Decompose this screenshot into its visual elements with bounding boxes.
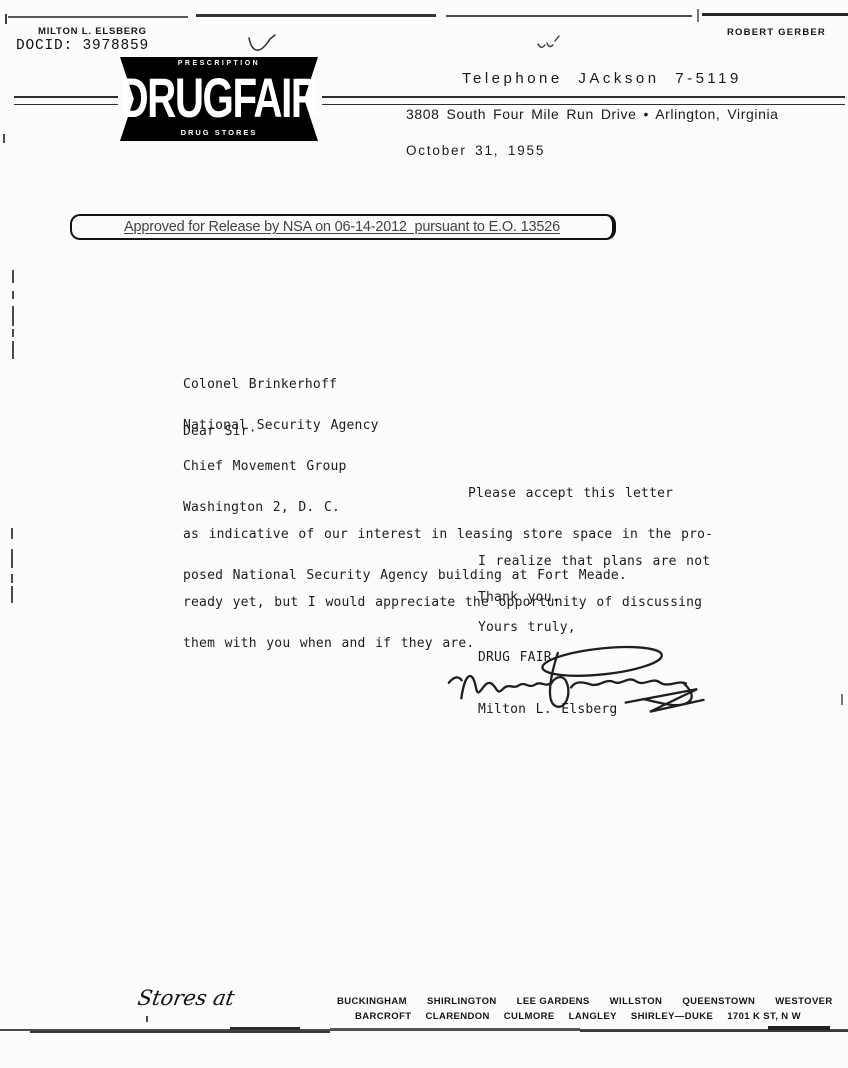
scan-edge-bottom bbox=[580, 1030, 848, 1032]
store-name: WESTOVER bbox=[775, 996, 832, 1007]
paragraph-line: I realize that plans are not bbox=[183, 555, 710, 569]
store-name: WILLSTON bbox=[610, 996, 663, 1007]
paragraph-line: Please accept this letter bbox=[183, 487, 713, 501]
store-name: 1701 K ST, N W bbox=[727, 1011, 801, 1022]
logo-bottom-text: DRUG STORES bbox=[120, 128, 318, 137]
scan-artifact bbox=[11, 549, 13, 568]
logo-word-drug: DRUG bbox=[119, 72, 232, 124]
telephone-line: Telephone JAckson 7-5119 bbox=[462, 70, 742, 87]
date-line: October 31, 1955 bbox=[406, 143, 545, 158]
store-name: LANGLEY bbox=[569, 1011, 617, 1022]
store-name: QUEENSTOWN bbox=[682, 996, 755, 1007]
header-left-name: MILTON L. ELSBERG bbox=[38, 26, 147, 37]
scan-edge-bottom bbox=[768, 1026, 830, 1030]
scan-artifact bbox=[12, 291, 14, 299]
paragraph-line: them with you when and if they are. bbox=[183, 637, 710, 651]
pen-scribble bbox=[536, 35, 564, 53]
scan-artifact bbox=[12, 270, 14, 283]
salutation: Dear Sir· bbox=[183, 425, 257, 439]
store-name: SHIRLEY—DUKE bbox=[631, 1011, 713, 1022]
scan-artifact bbox=[12, 329, 14, 337]
scan-artifact bbox=[12, 341, 14, 359]
scan-artifact bbox=[11, 586, 13, 603]
header-right-name: ROBERT GERBER bbox=[727, 27, 826, 38]
signer-name-line: Milton L. Elsberg bbox=[478, 703, 617, 717]
thanks-line: Thank you. bbox=[478, 591, 560, 605]
scan-artifact bbox=[146, 1016, 148, 1022]
scan-edge-top bbox=[702, 13, 848, 16]
company-line: DRUG FAIR bbox=[478, 651, 552, 665]
scan-artifact bbox=[5, 14, 7, 24]
store-list-row-1: BUCKINGHAM SHIRLINGTON LEE GARDENS WILLS… bbox=[337, 996, 833, 1007]
store-name: BARCROFT bbox=[355, 1011, 412, 1022]
scan-edge-bottom bbox=[230, 1027, 300, 1030]
scan-artifact bbox=[12, 306, 14, 326]
store-name: CLARENDON bbox=[426, 1011, 490, 1022]
checkmark-scribble bbox=[246, 33, 278, 59]
store-name: BUCKINGHAM bbox=[337, 996, 407, 1007]
docid-label: DOCID: 3978859 bbox=[16, 38, 149, 54]
store-name: SHIRLINGTON bbox=[427, 996, 497, 1007]
scan-artifact bbox=[11, 574, 13, 583]
store-name: LEE GARDENS bbox=[517, 996, 590, 1007]
drug-fair-logo: PRESCRIPTION DRUG FAIR DRUG STORES bbox=[120, 57, 318, 141]
address-line: 3808 South Four Mile Run Drive • Arlingt… bbox=[406, 106, 779, 122]
scan-edge-top bbox=[8, 16, 188, 18]
release-stamp: Approved for Release by NSA on 06-14-201… bbox=[70, 214, 616, 240]
logo-wordmark: DRUG FAIR bbox=[148, 70, 291, 126]
paragraph-line: ready yet, but I would appreciate the op… bbox=[183, 596, 710, 610]
scan-artifact bbox=[11, 528, 13, 539]
recipient-line: Colonel Brinkerhoff bbox=[183, 378, 379, 392]
paragraph-2: I realize that plans are not ready yet, … bbox=[183, 528, 710, 678]
letterhead-rule-right bbox=[322, 96, 845, 105]
scan-artifact bbox=[3, 134, 5, 143]
scan-edge-bottom bbox=[30, 1031, 330, 1033]
stores-at-script: Stores at bbox=[136, 986, 237, 1010]
scan-edge-top bbox=[446, 15, 692, 17]
store-list-row-2: BARCROFT CLARENDON CULMORE LANGLEY SHIRL… bbox=[355, 1011, 801, 1022]
scan-edge-top bbox=[196, 14, 436, 17]
scan-artifact bbox=[841, 694, 843, 705]
scan-edge-bottom bbox=[330, 1028, 580, 1030]
store-name: CULMORE bbox=[504, 1011, 555, 1022]
scanned-letter-page: MILTON L. ELSBERG DOCID: 3978859 ROBERT … bbox=[0, 0, 848, 1068]
logo-word-fair: FAIR bbox=[232, 72, 318, 124]
letterhead-rule-left bbox=[14, 96, 118, 105]
scan-artifact bbox=[697, 9, 699, 22]
release-stamp-text: Approved for Release by NSA on 06-14-201… bbox=[124, 219, 560, 235]
valediction-line: Yours truly, bbox=[478, 621, 576, 635]
